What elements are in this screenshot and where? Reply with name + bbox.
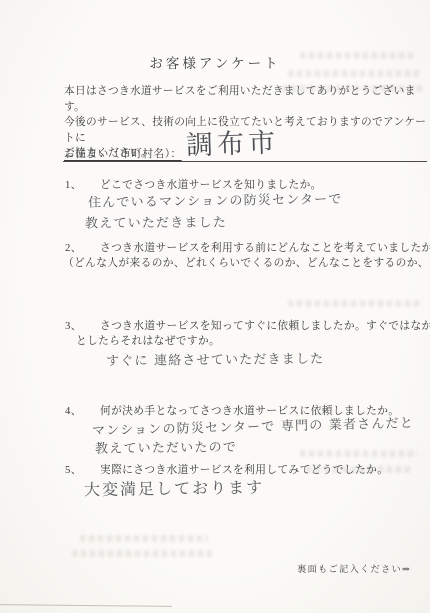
bleedthrough-mark	[300, 450, 418, 457]
page-title: お客様アンケート	[0, 52, 430, 72]
answer-1-line-2: 教えていただきました	[85, 212, 227, 232]
answer-1-line-1: 住んでいるマンションの防災センターで	[88, 188, 343, 211]
question-2-number: 2、	[65, 240, 100, 255]
bleedthrough-mark	[72, 550, 212, 557]
scanned-survey-document: お客様アンケート 本日はさつき水道サービスをご利用いただきましてありがとうござい…	[0, 0, 430, 613]
bleedthrough-mark	[288, 300, 420, 307]
footer-note: 裏面もご記入ください⇒	[297, 561, 411, 575]
question-5-number: 5、	[65, 462, 100, 477]
answer-5-line-1: 大変満足しております	[84, 475, 264, 501]
question-4-number: 4、	[65, 403, 100, 418]
question-3-number: 3、	[65, 318, 100, 333]
residence-label: お住まい（市町村名）：	[64, 146, 182, 161]
intro-line: 本日はさつき水道サービスをご利用いただきましてありがとうございます。	[64, 84, 428, 115]
bleedthrough-mark	[80, 535, 208, 542]
answer-3-line-1: すぐに 連絡させていただきました	[106, 348, 325, 369]
question-2-text-line-2: （どんな人が来るのか、どれくらいでくるのか、どんなことをするのか、など）	[63, 255, 430, 270]
residence-handwritten-value: 調布市	[185, 120, 279, 162]
question-3-text-line-2: としたらそれはなぜですか。	[76, 333, 220, 348]
question-2: 2、さつき水道サービスを利用する前にどんなことを考えていましたか。	[65, 240, 430, 255]
answer-4-line-2: 教えていただいたので	[95, 436, 237, 456]
question-2-text: さつき水道サービスを利用する前にどんなことを考えていましたか。	[100, 242, 430, 254]
question-1-number: 1、	[65, 177, 100, 192]
question-3-text: さつき水道サービスを知ってすぐに依頼しましたか。すぐではなかった	[100, 320, 430, 332]
question-3: 3、さつき水道サービスを知ってすぐに依頼しましたか。すぐではなかった	[65, 318, 430, 333]
paper-edge-shadow	[0, 604, 172, 607]
